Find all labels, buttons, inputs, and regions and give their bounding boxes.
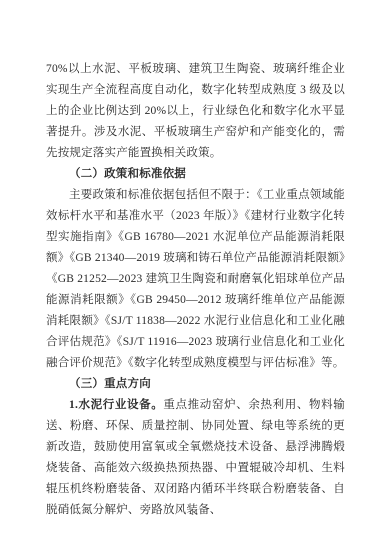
paragraph-lead: 1.水泥行业设备。 [69, 399, 163, 411]
document-body: 70%以上水泥、平板玻璃、建筑卫生陶瓷、玻璃纤维企业实现生产全流程高度自动化，数… [46, 59, 345, 521]
document-page: 70%以上水泥、平板玻璃、建筑卫生陶瓷、玻璃纤维企业实现生产全流程高度自动化，数… [0, 0, 390, 551]
page-number: 11 [0, 509, 390, 517]
section-heading: （三）重点方向 [46, 374, 345, 395]
paragraph-text: 重点推动窑炉、余热利用、物料输送、粉磨、环保、质量控制、协同处置、绿电等系统的更… [46, 399, 345, 516]
paragraph: 主要政策和标准依据包括但不限于：《工业重点领域能效标杆水平和基准水平（2023 … [46, 185, 345, 374]
section-heading: （二）政策和标准依据 [46, 164, 345, 185]
paragraph: 1.水泥行业设备。重点推动窑炉、余热利用、物料输送、粉磨、环保、质量控制、协同处… [46, 395, 345, 521]
paragraph: 70%以上水泥、平板玻璃、建筑卫生陶瓷、玻璃纤维企业实现生产全流程高度自动化，数… [46, 59, 345, 164]
